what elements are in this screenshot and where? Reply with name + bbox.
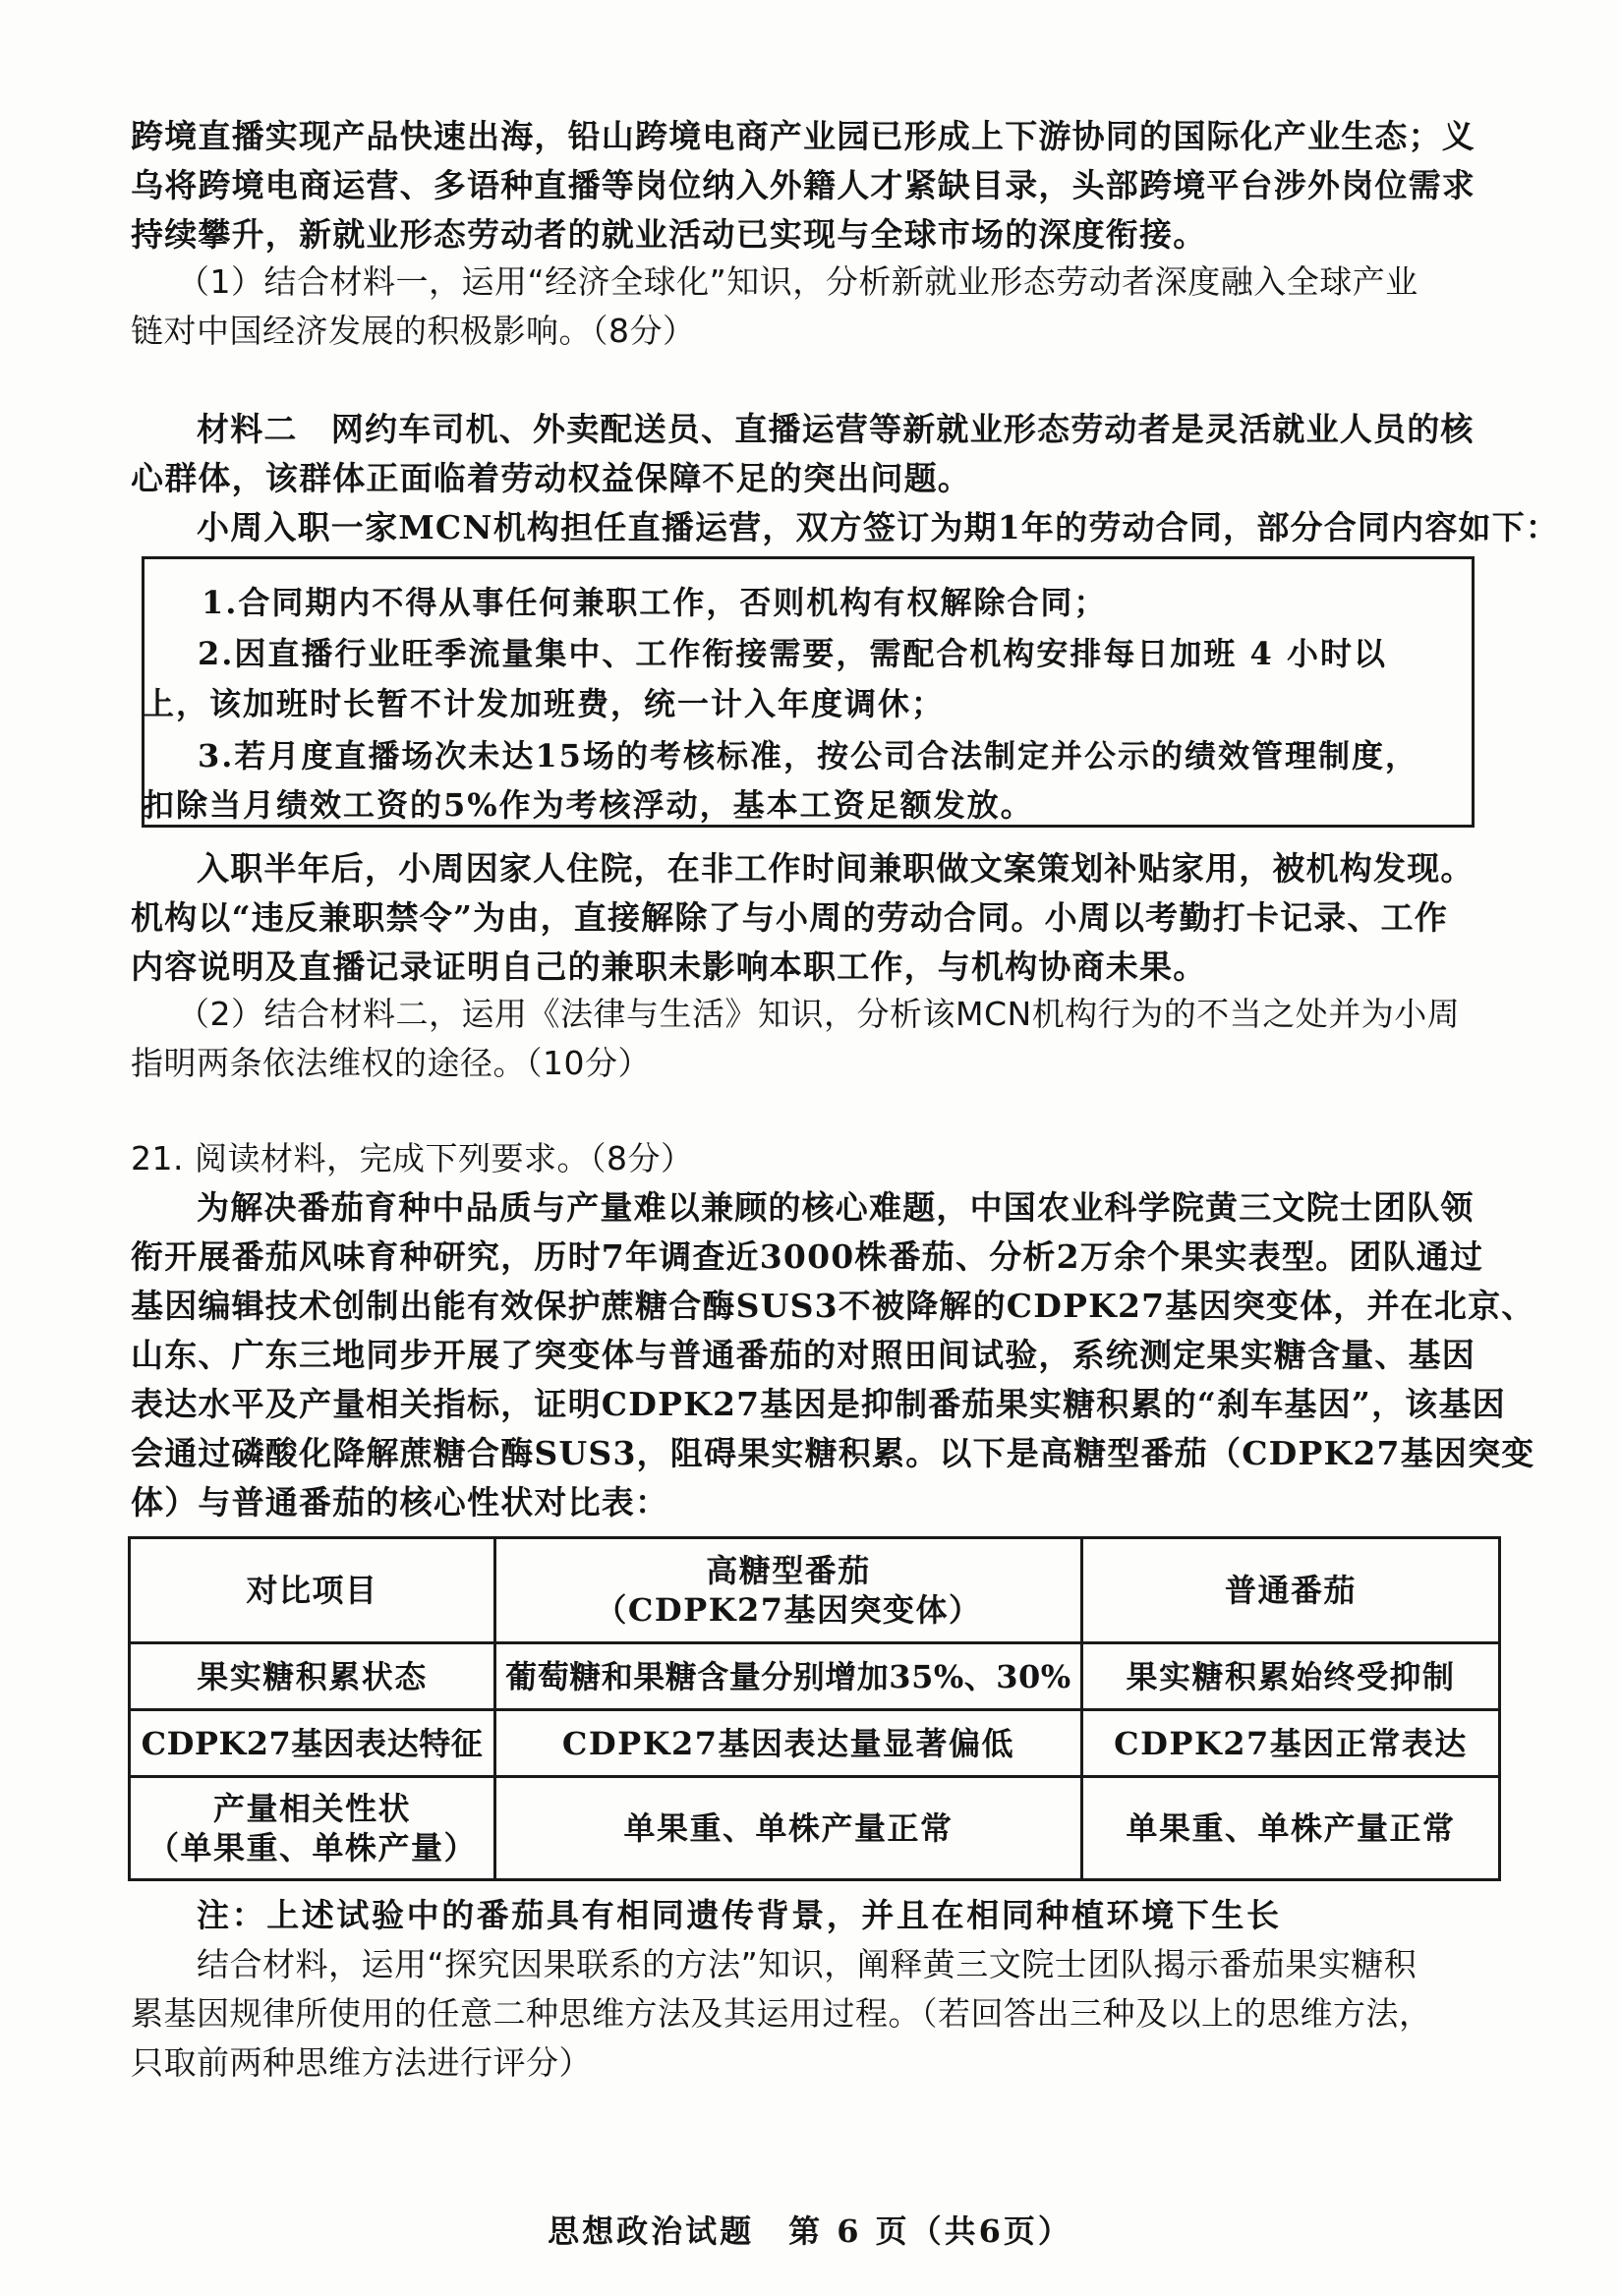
- question-text: （2）结合材料二，运用《法律与生活》知识，分析该MCN机构行为的不当之处并为小周: [177, 993, 1477, 1036]
- header-label: 高糖型番茄: [502, 1551, 1074, 1590]
- text-line: 持续攀升，新就业形态劳动者的就业活动已实现与全球市场的深度衔接。: [131, 213, 1497, 257]
- table-row: CDPK27基因表达特征 CDPK27基因表达量显著偏低 CDPK27基因正常表…: [130, 1710, 1500, 1777]
- cell-line: （单果重、单株产量）: [137, 1828, 488, 1867]
- header-sublabel: （CDPK27基因突变体）: [502, 1590, 1074, 1630]
- text-line: 材料二 网约车司机、外卖配送员、直播运营等新就业形态劳动者是灵活就业人员的核: [197, 408, 1497, 451]
- question-heading: 21. 阅读材料，完成下列要求。（8分）: [131, 1137, 1497, 1180]
- table-header-row: 对比项目 高糖型番茄 （CDPK27基因突变体） 普通番茄: [130, 1538, 1500, 1643]
- cell-line: 产量相关性状: [137, 1789, 488, 1828]
- table-cell: CDPK27基因正常表达: [1082, 1710, 1500, 1777]
- contract-clause-3: 3.若月度直播场次未达15场的考核标准，按公司合法制定并公示的绩效管理制度，: [198, 734, 1418, 777]
- text-line: 体）与普通番茄的核心性状对比表：: [131, 1481, 1497, 1524]
- table-cell: 果实糖积累始终受抑制: [1082, 1643, 1500, 1710]
- text-line: 衔开展番茄风味育种研究，历时7年调查近3000株番茄、分析2万余个果实表型。团队…: [131, 1235, 1497, 1279]
- table-header-cell: 对比项目: [130, 1538, 495, 1643]
- table-cell: CDPK27基因表达特征: [130, 1710, 495, 1777]
- requirement-text: 结合材料，运用“探究因果联系的方法”知识，阐释黄三文院士团队揭示番茄果实糖积: [197, 1943, 1497, 1986]
- page-footer: 思想政治试题 第 6 页（共6页）: [0, 2207, 1620, 2252]
- comparison-table: 对比项目 高糖型番茄 （CDPK27基因突变体） 普通番茄 果实糖积累状态 葡萄…: [128, 1536, 1501, 1881]
- table-cell: 单果重、单株产量正常: [1082, 1777, 1500, 1880]
- text-line: 会通过磷酸化降解蔗糖合酶SUS3，阻碍果实糖积累。以下是高糖型番茄（CDPK27…: [131, 1432, 1497, 1475]
- question-text: 链对中国经济发展的积极影响。（8分）: [131, 310, 1497, 353]
- text-line: 为解决番茄育种中品质与产量难以兼顾的核心难题，中国农业科学院黄三文院士团队领: [197, 1186, 1497, 1230]
- contract-excerpt-box: 1.合同期内不得从事任何兼职工作，否则机构有权解除合同； 2.因直播行业旺季流量…: [142, 556, 1475, 828]
- contract-intro: 小周入职一家MCN机构担任直播运营，双方签订为期1年的劳动合同，部分合同内容如下…: [197, 506, 1497, 549]
- header-label: 普通番茄: [1225, 1572, 1357, 1609]
- header-label: 对比项目: [246, 1572, 377, 1609]
- question-text: （1）结合材料一，运用“经济全球化”知识，分析新就业形态劳动者深度融入全球产业: [177, 260, 1477, 304]
- table-row: 果实糖积累状态 葡萄糖和果糖含量分别增加35%、30% 果实糖积累始终受抑制: [130, 1643, 1500, 1710]
- table-cell: 果实糖积累状态: [130, 1643, 495, 1710]
- text-line: 跨境直播实现产品快速出海，铅山跨境电商产业园已形成上下游协同的国际化产业生态；义: [131, 115, 1497, 158]
- text-line: 内容说明及直播记录证明自己的兼职未影响本职工作，与机构协商未果。: [131, 946, 1497, 989]
- contract-clause-3-cont: 扣除当月绩效工资的5%作为考核浮动，基本工资足额发放。: [143, 783, 1034, 827]
- contract-clause-2-cont: 上，该加班时长暂不计发加班费，统一计入年度调休；: [143, 682, 945, 725]
- question-text: 指明两条依法维权的途径。（10分）: [131, 1042, 1497, 1085]
- table-cell: 葡萄糖和果糖含量分别增加35%、30%: [495, 1643, 1082, 1710]
- requirement-text: 累基因规律所使用的任意二种思维方法及其运用过程。（若回答出三种及以上的思维方法，: [131, 1992, 1497, 2036]
- table-cell: 产量相关性状 （单果重、单株产量）: [130, 1777, 495, 1880]
- table-header-cell: 高糖型番茄 （CDPK27基因突变体）: [495, 1538, 1082, 1643]
- text-line: 乌将跨境电商运营、多语种直播等岗位纳入外籍人才紧缺目录，头部跨境平台涉外岗位需求: [131, 164, 1497, 207]
- table-note: 注：上述试验中的番茄具有相同遗传背景，并且在相同种植环境下生长: [197, 1894, 1497, 1937]
- text-line: 入职半年后，小周因家人住院，在非工作时间兼职做文案策划补贴家用，被机构发现。: [197, 847, 1497, 890]
- table-row: 产量相关性状 （单果重、单株产量） 单果重、单株产量正常 单果重、单株产量正常: [130, 1777, 1500, 1880]
- requirement-text: 只取前两种思维方法进行评分）: [131, 2041, 1497, 2085]
- contract-clause-2: 2.因直播行业旺季流量集中、工作衔接需要，需配合机构安排每日加班 4 小时以: [198, 632, 1387, 675]
- text-line: 机构以“违反兼职禁令”为由，直接解除了与小周的劳动合同。小周以考勤打卡记录、工作: [131, 896, 1497, 940]
- text-line: 表达水平及产量相关指标，证明CDPK27基因是抑制番茄果实糖积累的“刹车基因”，…: [131, 1383, 1497, 1426]
- text-line: 心群体，该群体正面临着劳动权益保障不足的突出问题。: [131, 457, 1497, 500]
- contract-clause-1: 1.合同期内不得从事任何兼职工作，否则机构有权解除合同；: [202, 581, 1107, 624]
- text-line: 基因编辑技术创制出能有效保护蔗糖合酶SUS3不被降解的CDPK27基因突变体，并…: [131, 1285, 1497, 1328]
- table-cell: CDPK27基因表达量显著偏低: [495, 1710, 1082, 1777]
- table-cell: 单果重、单株产量正常: [495, 1777, 1082, 1880]
- table-header-cell: 普通番茄: [1082, 1538, 1500, 1643]
- text-line: 山东、广东三地同步开展了突变体与普通番茄的对照田间试验，系统测定果实糖含量、基因: [131, 1334, 1497, 1377]
